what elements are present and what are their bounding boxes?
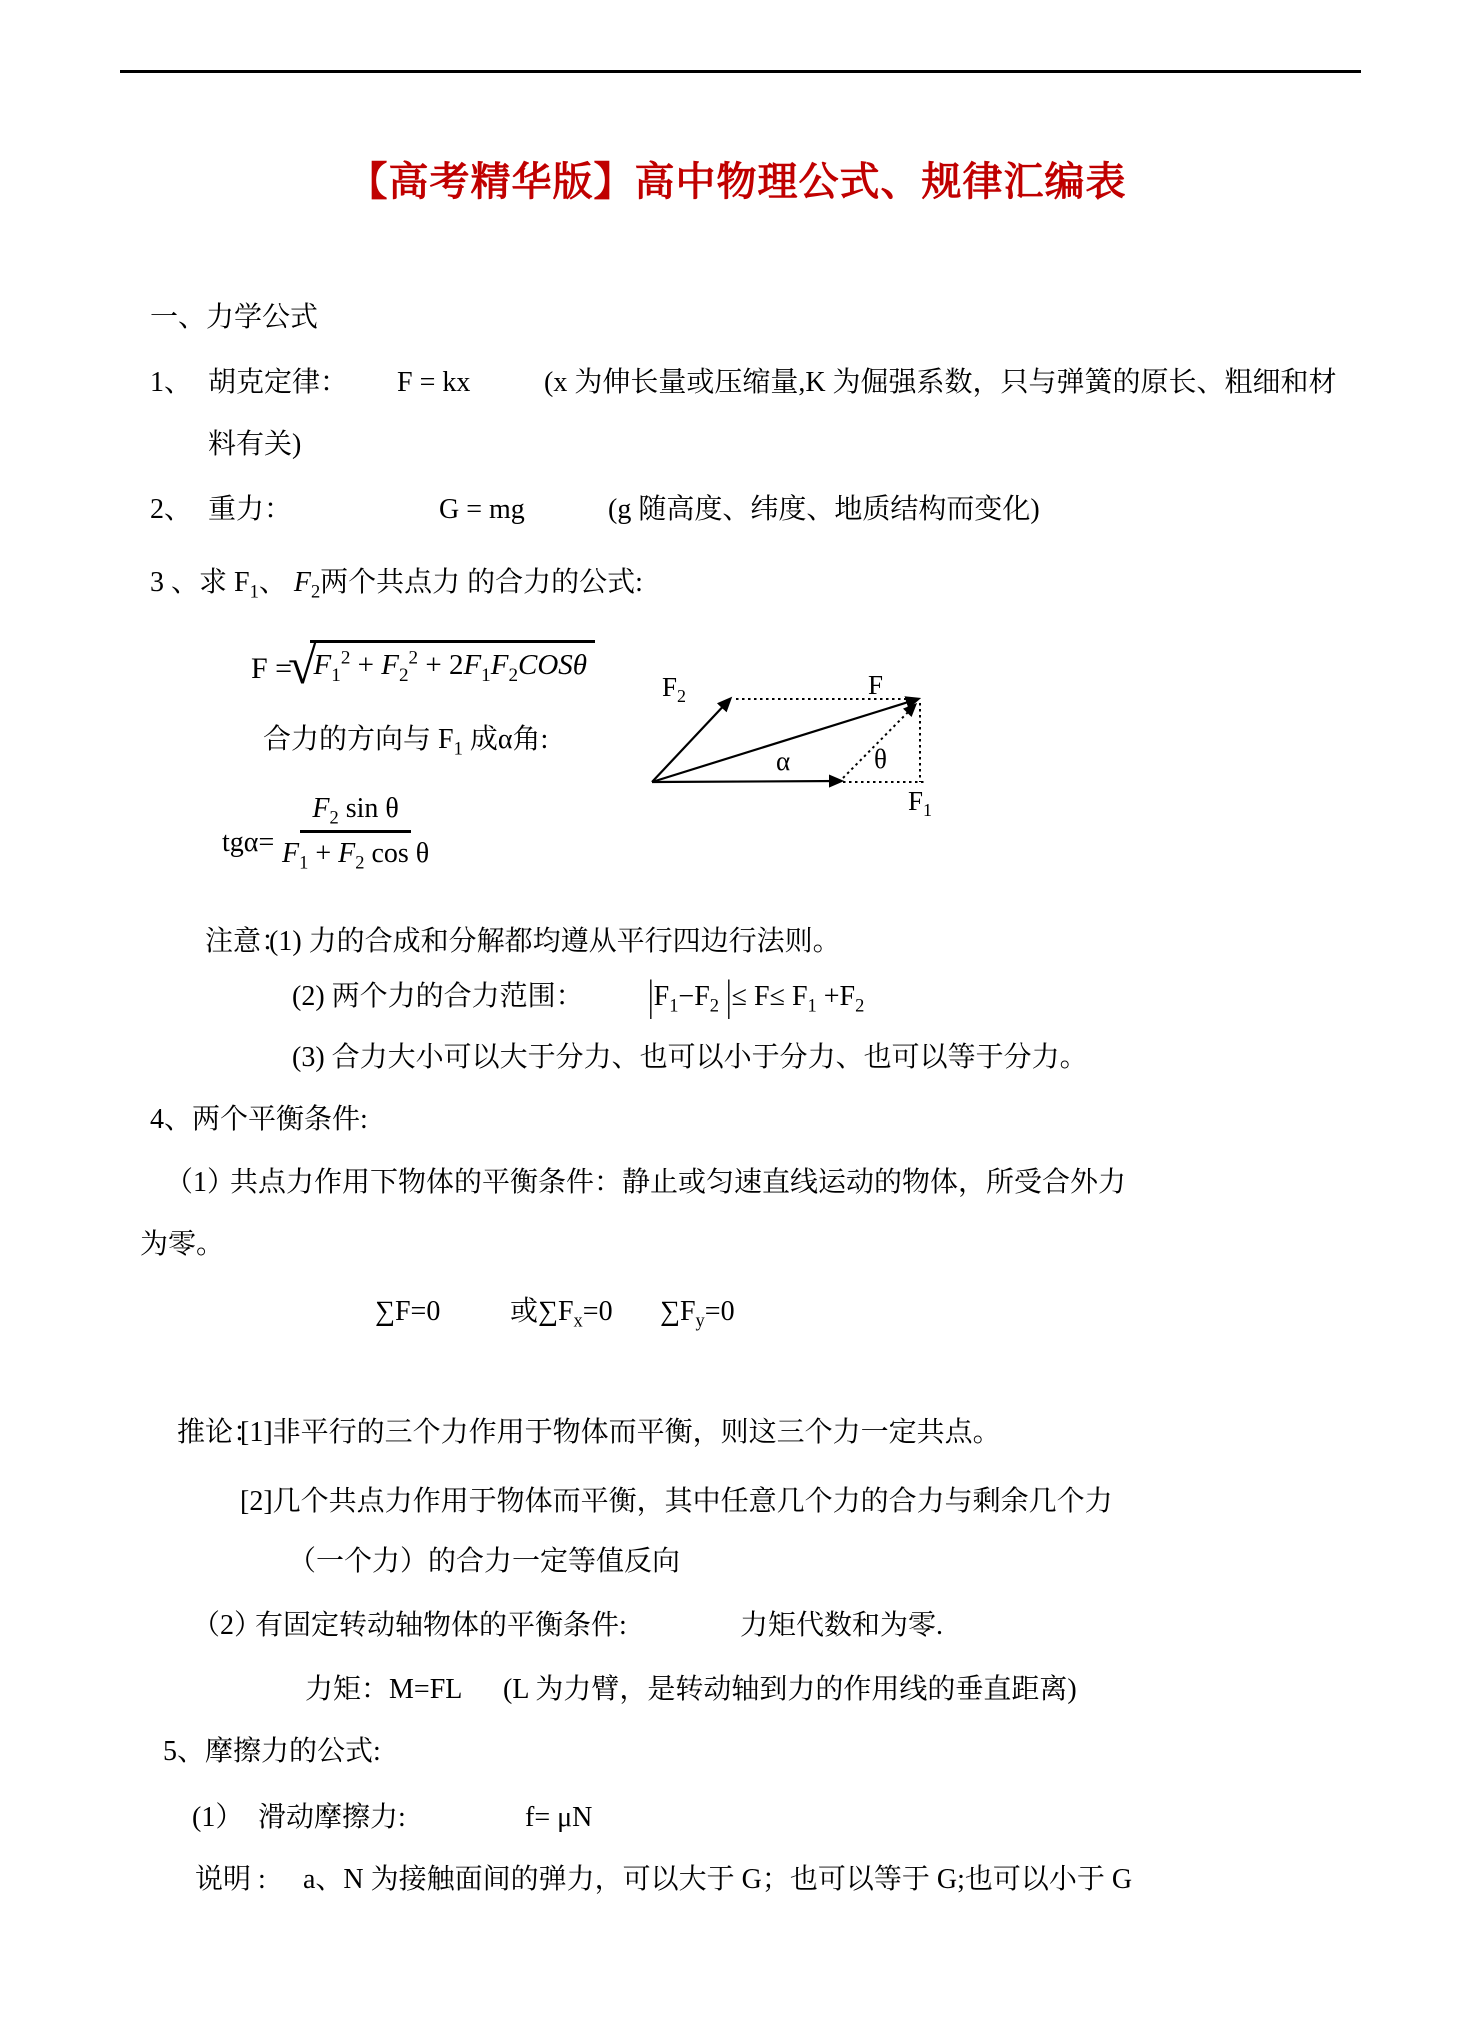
section-heading-mechanics: 一、力学公式 bbox=[150, 302, 318, 334]
tg-alpha-fraction: F2 sin θ F1 + F2 cos θ bbox=[282, 793, 429, 870]
item1-name: 胡克定律： bbox=[208, 367, 348, 399]
resultant-direction: 合力的方向与 F1 成α角: bbox=[263, 724, 548, 756]
item2-note: (g 随高度、纬度、地质结构而变化) bbox=[608, 494, 1040, 526]
note-2-formula: |F1−F2 |≤ F≤ F1 +F2 bbox=[648, 981, 864, 1013]
note-1: (1) 力的合成和分解都均遵从平行四边行法则。 bbox=[269, 926, 841, 958]
item5-s1-name: 滑动摩擦力: bbox=[258, 1802, 406, 1834]
item4-c2-text: 有固定转动轴物体的平衡条件: bbox=[255, 1610, 627, 1642]
fraction-numerator: F2 sin θ bbox=[300, 793, 410, 833]
item4-c1-number: （1） bbox=[165, 1167, 235, 1199]
sum-fy-equation: ∑Fy=0 bbox=[660, 1296, 735, 1328]
corollary-1: [1]非平行的三个力作用于物体而平衡，则这三个力一定共点。 bbox=[240, 1417, 1001, 1449]
item2-formula: G = mg bbox=[439, 494, 525, 526]
moment-formula: 力矩：M=FL bbox=[305, 1674, 462, 1706]
top-rule bbox=[120, 70, 1361, 73]
item5-s1-formula: f= μN bbox=[525, 1802, 592, 1834]
label-f: F bbox=[868, 670, 883, 700]
radicand: F12 + F22 + 2F1F2COSθ bbox=[310, 640, 596, 681]
vector-f1 bbox=[652, 781, 841, 782]
resultant-formula-radical: √F12 + F22 + 2F1F2COSθ bbox=[288, 640, 595, 694]
page-title: 【高考精华版】高中物理公式、规律汇编表 bbox=[0, 150, 1474, 207]
resultant-formula-lhs: F = bbox=[251, 653, 292, 685]
explanation-text: a、N 为接触面间的弹力，可以大于 G；也可以等于 G;也可以小于 G bbox=[303, 1864, 1132, 1896]
item1-formula: F = kx bbox=[397, 367, 470, 399]
corollary-2-continued: （一个力）的合力一定等值反向 bbox=[288, 1546, 680, 1578]
item5-heading: 5、摩擦力的公式: bbox=[163, 1736, 381, 1768]
item1-note-line2: 料有关) bbox=[208, 429, 301, 461]
label-f1: F1 bbox=[908, 786, 932, 820]
moment-note: (L 为力臂，是转动轴到力的作用线的垂直距离) bbox=[503, 1674, 1077, 1706]
label-theta: θ bbox=[874, 744, 887, 774]
note-2-label: (2) 两个力的合力范围： bbox=[292, 981, 584, 1013]
document-page: 【高考精华版】高中物理公式、规律汇编表 一、力学公式 1、 胡克定律： F = … bbox=[0, 0, 1474, 2041]
fraction-denominator: F1 + F2 cos θ bbox=[282, 833, 429, 870]
tg-alpha-lhs: tgα= bbox=[222, 827, 274, 859]
note-3: (3) 合力大小可以大于分力、也可以小于分力、也可以等于分力。 bbox=[292, 1042, 1088, 1074]
item4-c1-text: 共点力作用下物体的平衡条件：静止或匀速直线运动的物体，所受合外力 bbox=[230, 1167, 1126, 1199]
item3-intro: 3 、求 F1、 F2两个共点力 的合力的公式: bbox=[150, 567, 643, 599]
label-alpha: α bbox=[776, 746, 790, 776]
item4-c2-rule: 力矩代数和为零. bbox=[740, 1610, 943, 1642]
explanation-label: 说明 : bbox=[195, 1864, 266, 1896]
item4-c2-number: （2） bbox=[192, 1610, 262, 1642]
sum-fx-equation: 或∑Fx=0 bbox=[510, 1296, 613, 1328]
item2-number: 2、 bbox=[150, 494, 192, 526]
item4-heading: 4、两个平衡条件: bbox=[150, 1104, 368, 1136]
sum-f-equation: ∑F=0 bbox=[375, 1296, 440, 1328]
item4-c1-continued: 为零。 bbox=[140, 1229, 224, 1261]
corollary-2: [2]几个共点力作用于物体而平衡，其中任意几个力的合力与剩余几个力 bbox=[240, 1486, 1113, 1518]
item2-name: 重力： bbox=[208, 494, 292, 526]
force-parallelogram-diagram: F2 F α θ F1 bbox=[628, 658, 958, 828]
item5-s1-number: (1） bbox=[192, 1802, 243, 1834]
label-f2: F2 bbox=[662, 672, 686, 706]
item1-number: 1、 bbox=[150, 367, 192, 399]
item1-note-line1: (x 为伸长量或压缩量,K 为倔强系数，只与弹簧的原长、粗细和材 bbox=[544, 367, 1337, 399]
